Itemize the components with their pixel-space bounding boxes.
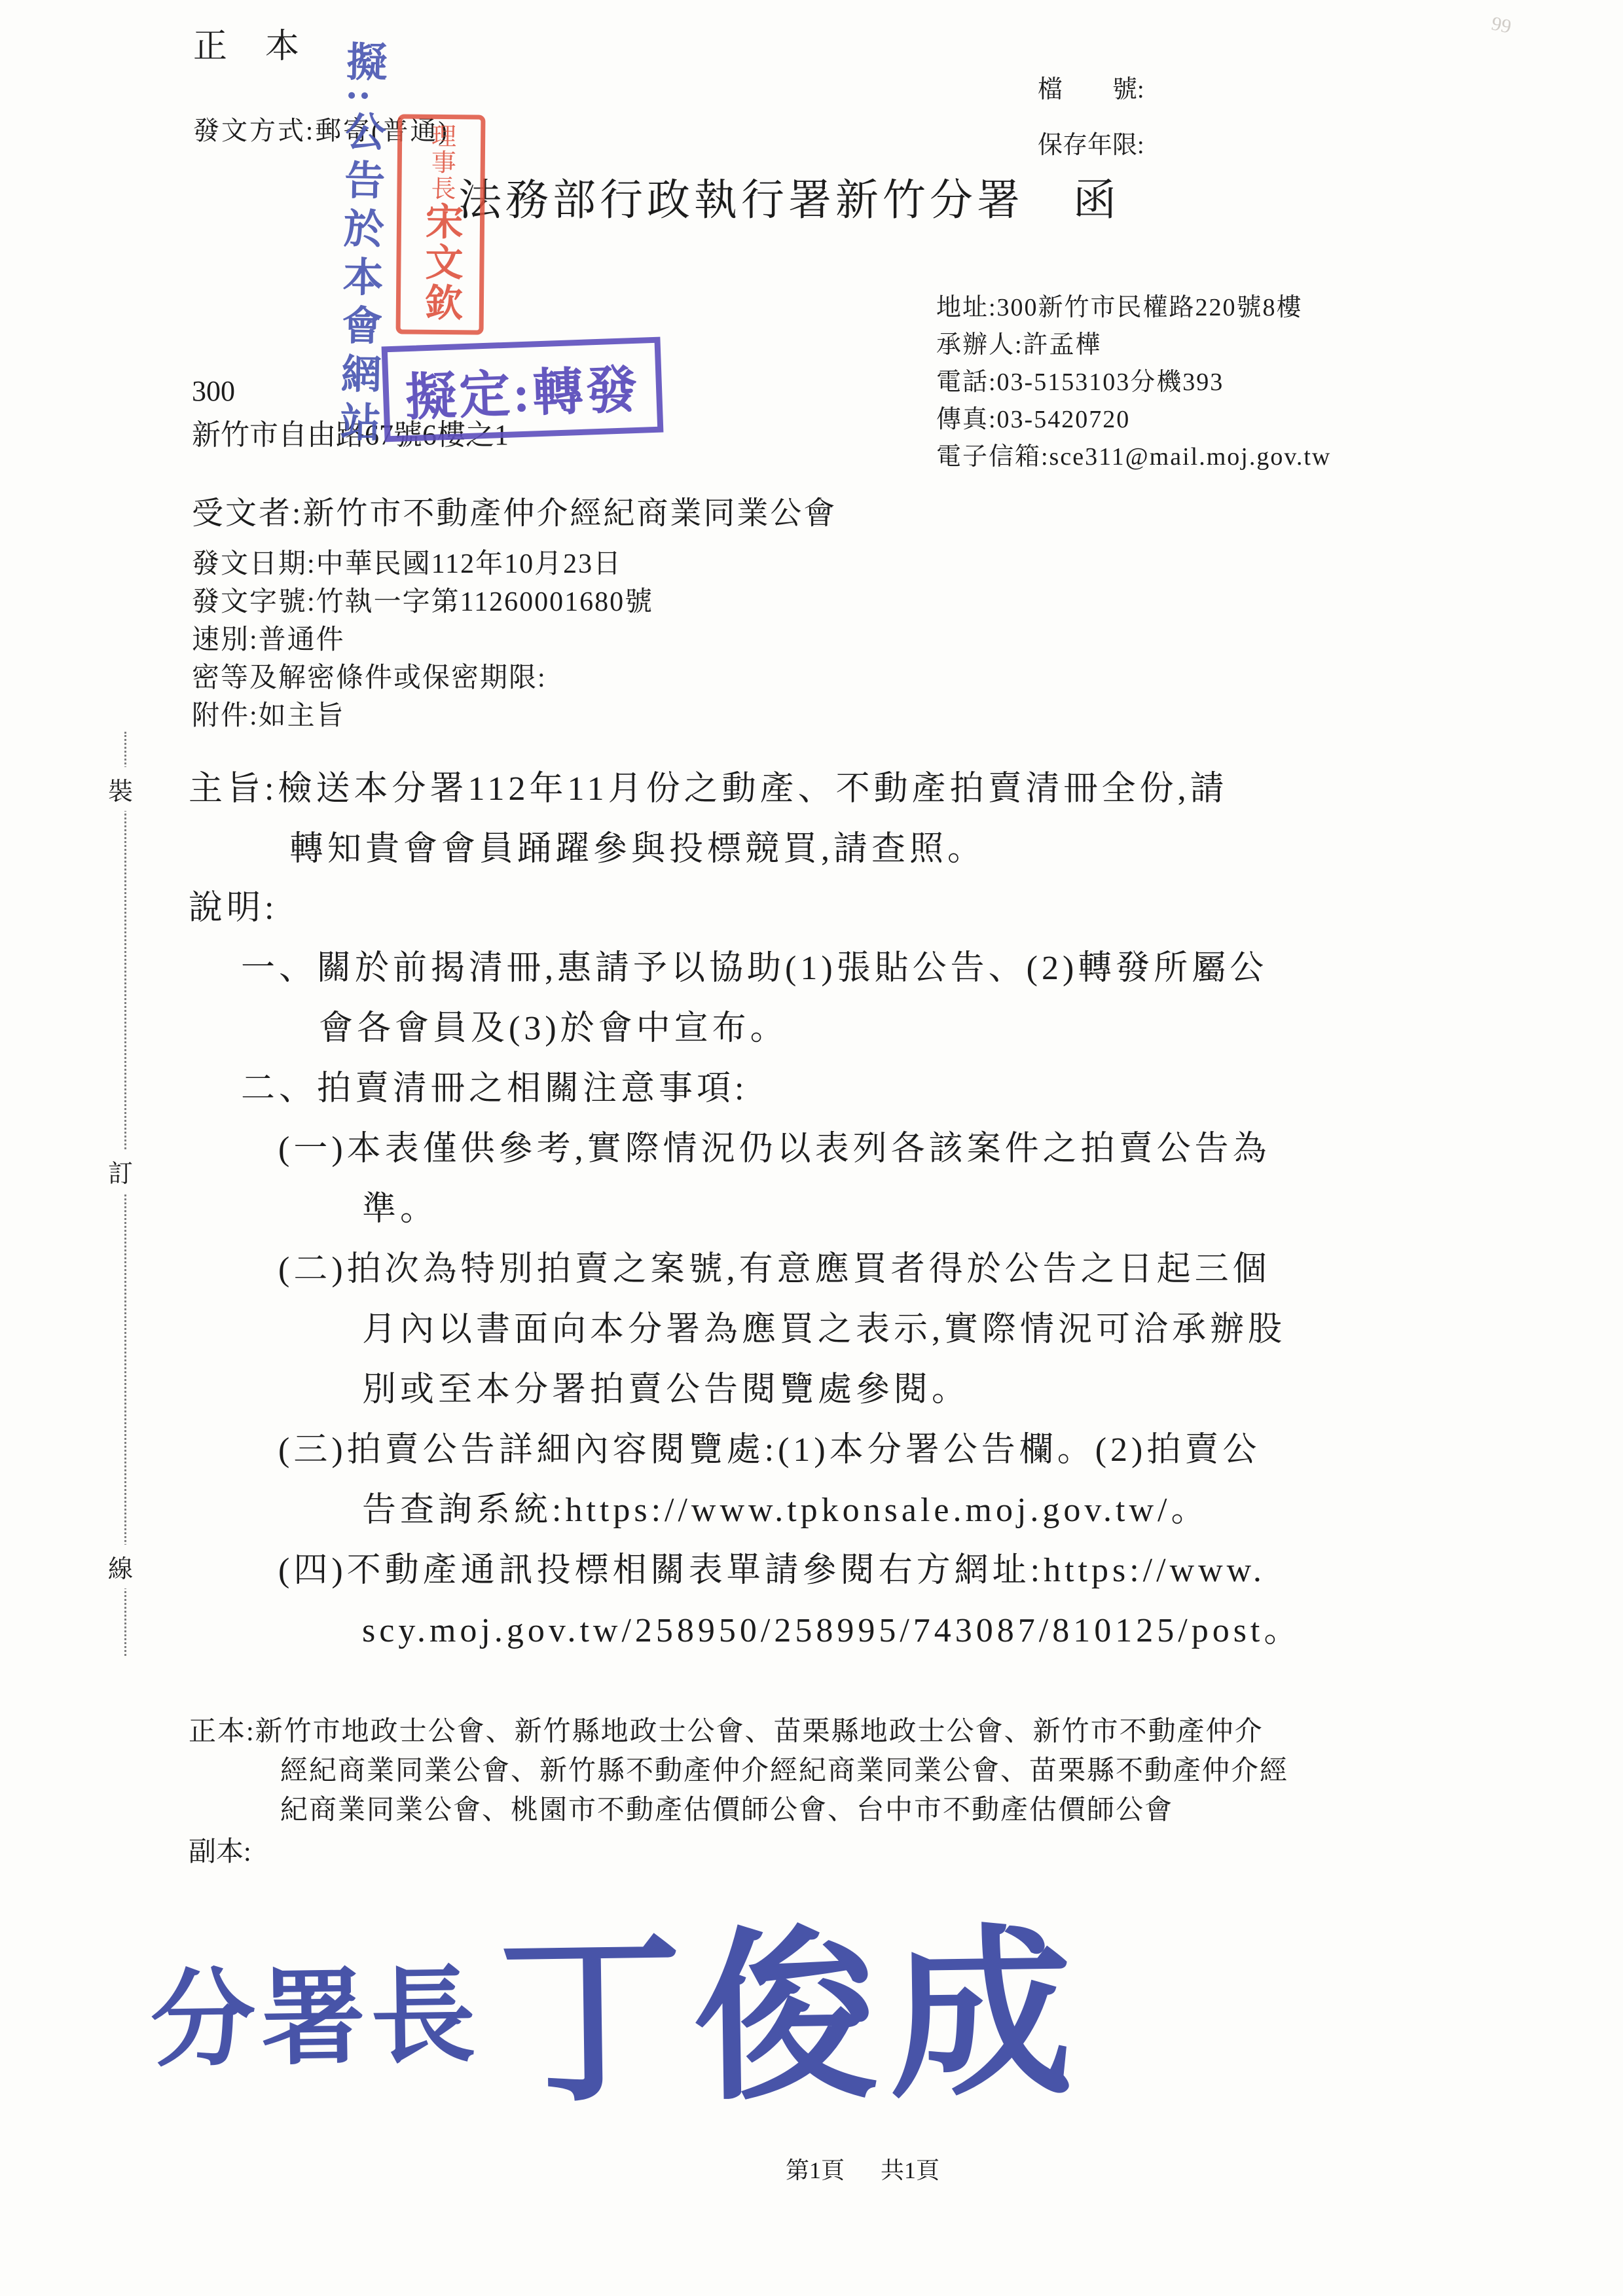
sender-contact-block: 地址:300新竹市民權路220號8樓 承辦人:許孟樺 電話:03-5153103… (936, 289, 1331, 476)
signer-name: 丁俊成 (497, 1867, 1086, 2138)
explanation-line: 月內以書面向本分署為應買之表示,實際情況可洽承辦股 (362, 1301, 1286, 1350)
explanation-line: (二)拍次為特別拍賣之案號,有意應買者得於公告之日起三個 (278, 1241, 1271, 1290)
explanation-line: 二、拍賣清冊之相關注意事項: (241, 1060, 748, 1109)
explanation-line: (四)不動產通訊投標相關表單請參閱右方網址:https://www. (278, 1542, 1266, 1591)
document-title: 法務部行政執行署新竹分署函 (458, 165, 1120, 227)
page-number: 第1頁 (786, 2152, 845, 2185)
page-total: 共1頁 (881, 2152, 939, 2185)
original-copy-line: 經紀商業同業公會、新竹縣不動產仲介經紀商業同業公會、苗栗縣不動產仲介經 (280, 1749, 1288, 1788)
explanation-line: 一、關於前揭清冊,惠請予以協助(1)張貼公告、(2)轉發所屬公 (241, 940, 1267, 989)
sender-email: 電子信箱:sce311@mail.moj.gov.tw (936, 439, 1331, 476)
recipient-line: 受文者:新竹市不動產仲介經紀商業同業公會 (192, 488, 837, 533)
original-copy-line: 正本:新竹市地政士公會、新竹縣地政士公會、苗栗縣地政士公會、新竹市不動產仲介 (189, 1710, 1264, 1749)
page-footer: 第1頁 共1頁 (786, 2152, 939, 2185)
recipient-zip: 300 (192, 374, 235, 408)
explanation-line: 準。 (362, 1181, 438, 1230)
sender-contact-person: 承辦人:許孟樺 (936, 327, 1331, 364)
director-signature-stamp: 分署長 丁俊成 (149, 1867, 1085, 2143)
binding-mark: 裝 (107, 767, 134, 811)
explanation-line: scy.moj.gov.tw/258950/258995/743087/8101… (362, 1602, 1302, 1651)
explanation-heading: 說明: (189, 880, 278, 929)
explanation-line: 告查詢系統:https://www.tpkonsale.moj.gov.tw/。 (362, 1482, 1209, 1531)
chairman-title: 理事長 (423, 123, 460, 202)
issue-date: 發文日期:中華民國112年10月23日 (192, 545, 653, 583)
issue-number: 發文字號:竹執一字第11260001680號 (192, 583, 653, 621)
sender-fax: 傳真:03-5420720 (936, 401, 1331, 439)
subject-line-2: 轉知貴會會員踊躍參與投標競買,請查照。 (289, 821, 985, 870)
document-type: 函 (1073, 177, 1120, 224)
explanation-line: (一)本表僅供參考,實際情況仍以表列各該案件之拍賣公告為 (278, 1121, 1271, 1170)
chairman-name-stamp: 理事長宋文欽 (396, 114, 486, 334)
draft-action-stamp: 擬定:轉發 (382, 337, 664, 442)
binding-mark: 訂 (107, 1149, 134, 1193)
chairman-stamp-text: 理事長宋文欽 (412, 119, 469, 331)
original-copy-line: 紀商業同業公會、桃園市不動產估價師公會、台中市不動產估價師公會 (280, 1788, 1173, 1827)
explanation-line: (三)拍賣公告詳細內容閱覽處:(1)本分署公告欄。(2)拍賣公 (278, 1422, 1260, 1471)
signer-title: 分署長 (149, 1931, 481, 2087)
retention-period-label: 保存年限: (1038, 124, 1144, 160)
sender-phone: 電話:03-5153103分機393 (936, 364, 1331, 401)
stray-pen-mark: 99 (1489, 12, 1513, 38)
attachment-note: 附件:如主旨 (192, 697, 653, 735)
explanation-line: 會各會員及(3)於會中宣布。 (319, 1000, 788, 1049)
chairman-name: 宋文欽 (412, 202, 469, 324)
file-number-label: 檔 號: (1038, 69, 1144, 105)
document-meta-block: 發文日期:中華民國112年10月23日 發文字號:竹執一字第1126000168… (192, 545, 653, 735)
cc-copy-label: 副本: (189, 1830, 251, 1869)
explanation-line: 別或至本分署拍賣公告閱覽處參閱。 (362, 1361, 970, 1410)
speed-class: 速別:普通件 (192, 621, 653, 659)
subject-line-1: 主旨:檢送本分署112年11月份之動產、不動產拍賣清冊全份,請 (189, 761, 1228, 810)
agency-name: 法務部行政執行署新竹分署 (458, 177, 1024, 224)
binding-dotted-line (124, 732, 126, 1656)
security-class: 密等及解密條件或保密期限: (192, 659, 653, 697)
copy-type-label: 正本 (193, 18, 337, 67)
document-page: 正本 發文方式:郵寄(普通) 檔 號: 保存年限: 法務部行政執行署新竹分署函 … (0, 0, 1623, 2296)
sender-address: 地址:300新竹市民權路220號8樓 (936, 289, 1331, 327)
binding-mark: 線 (107, 1545, 134, 1588)
